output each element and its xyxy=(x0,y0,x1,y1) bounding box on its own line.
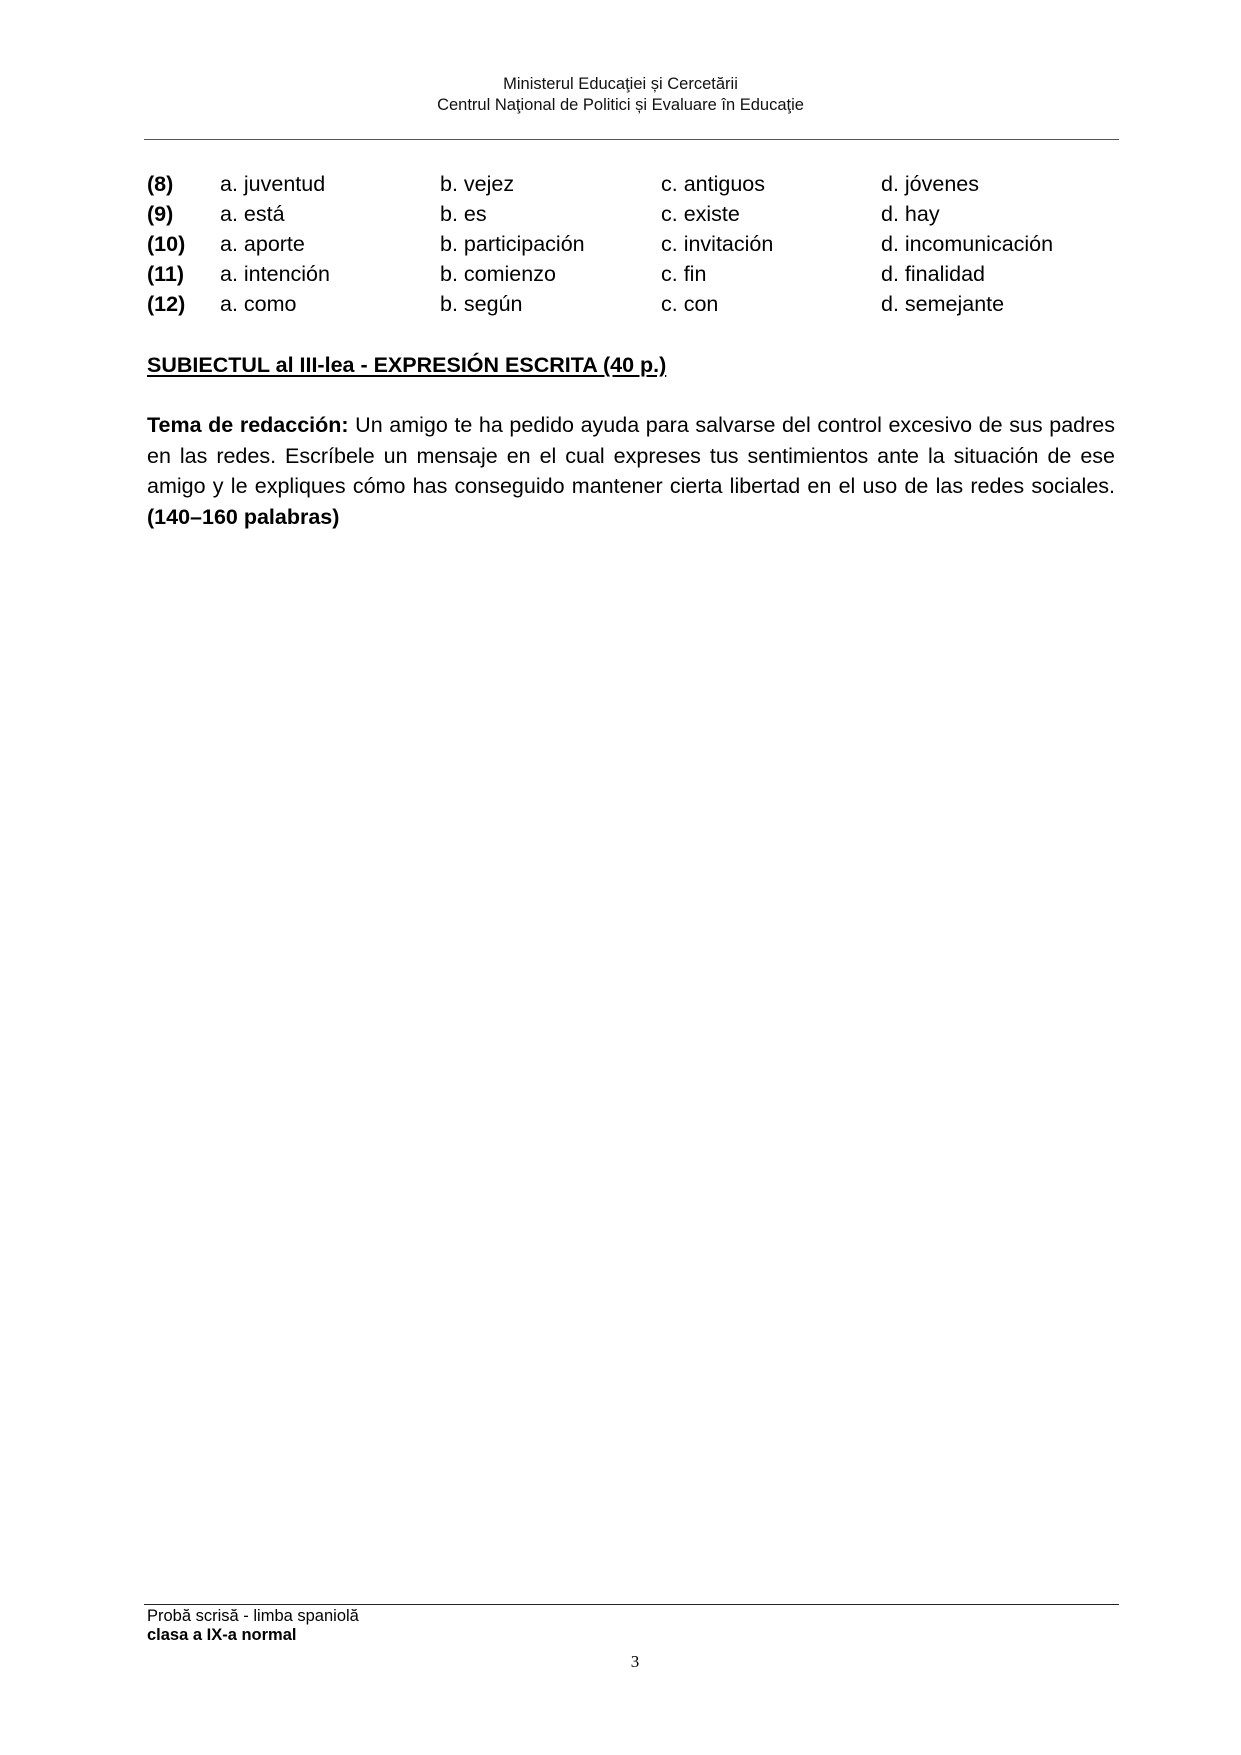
page-header: Ministerul Educaţiei și Cercetării Centr… xyxy=(0,74,1241,116)
option-d: d. incomunicación xyxy=(881,232,1121,257)
option-a: a. juventud xyxy=(220,172,440,197)
task-label: Tema de redacción: xyxy=(147,413,349,437)
option-c: c. existe xyxy=(661,202,881,227)
option-d: d. hay xyxy=(881,202,1121,227)
page-number: 3 xyxy=(0,1652,1241,1672)
option-d: d. finalidad xyxy=(881,262,1121,287)
section-title: SUBIECTUL al III-lea - EXPRESIÓN ESCRITA… xyxy=(147,353,666,378)
footer-class: clasa a IX-a normal xyxy=(147,1626,297,1645)
option-b: b. participación xyxy=(440,232,661,257)
option-b: b. comienzo xyxy=(440,262,661,287)
option-a: a. intención xyxy=(220,262,440,287)
item-number: (12) xyxy=(147,292,220,317)
option-a: a. aporte xyxy=(220,232,440,257)
header-divider xyxy=(144,139,1119,140)
option-row: (8) a. juventud b. vejez c. antiguos d. … xyxy=(147,169,1127,199)
footer-exam-name: Probă scrisă - limba spaniolă xyxy=(147,1607,359,1626)
option-b: b. es xyxy=(440,202,661,227)
footer-divider xyxy=(144,1604,1119,1605)
option-b: b. según xyxy=(440,292,661,317)
option-a: a. como xyxy=(220,292,440,317)
option-a: a. está xyxy=(220,202,440,227)
answer-options-list: (8) a. juventud b. vejez c. antiguos d. … xyxy=(147,169,1127,320)
word-limit: (140–160 palabras) xyxy=(147,505,339,529)
item-number: (10) xyxy=(147,232,220,257)
header-center: Centrul Naţional de Politici și Evaluare… xyxy=(0,95,1241,116)
option-d: d. jóvenes xyxy=(881,172,1121,197)
option-b: b. vejez xyxy=(440,172,661,197)
item-number: (9) xyxy=(147,202,220,227)
option-row: (11) a. intención b. comienzo c. fin d. … xyxy=(147,260,1127,290)
option-c: c. fin xyxy=(661,262,881,287)
option-row: (12) a. como b. según c. con d. semejant… xyxy=(147,290,1127,320)
option-c: c. antiguos xyxy=(661,172,881,197)
option-row: (9) a. está b. es c. existe d. hay xyxy=(147,199,1127,229)
item-number: (11) xyxy=(147,262,220,287)
option-c: c. invitación xyxy=(661,232,881,257)
writing-task: Tema de redacción: Un amigo te ha pedido… xyxy=(147,410,1115,532)
option-c: c. con xyxy=(661,292,881,317)
option-d: d. semejante xyxy=(881,292,1121,317)
option-row: (10) a. aporte b. participación c. invit… xyxy=(147,229,1127,259)
header-ministry: Ministerul Educaţiei și Cercetării xyxy=(0,74,1241,95)
item-number: (8) xyxy=(147,172,220,197)
